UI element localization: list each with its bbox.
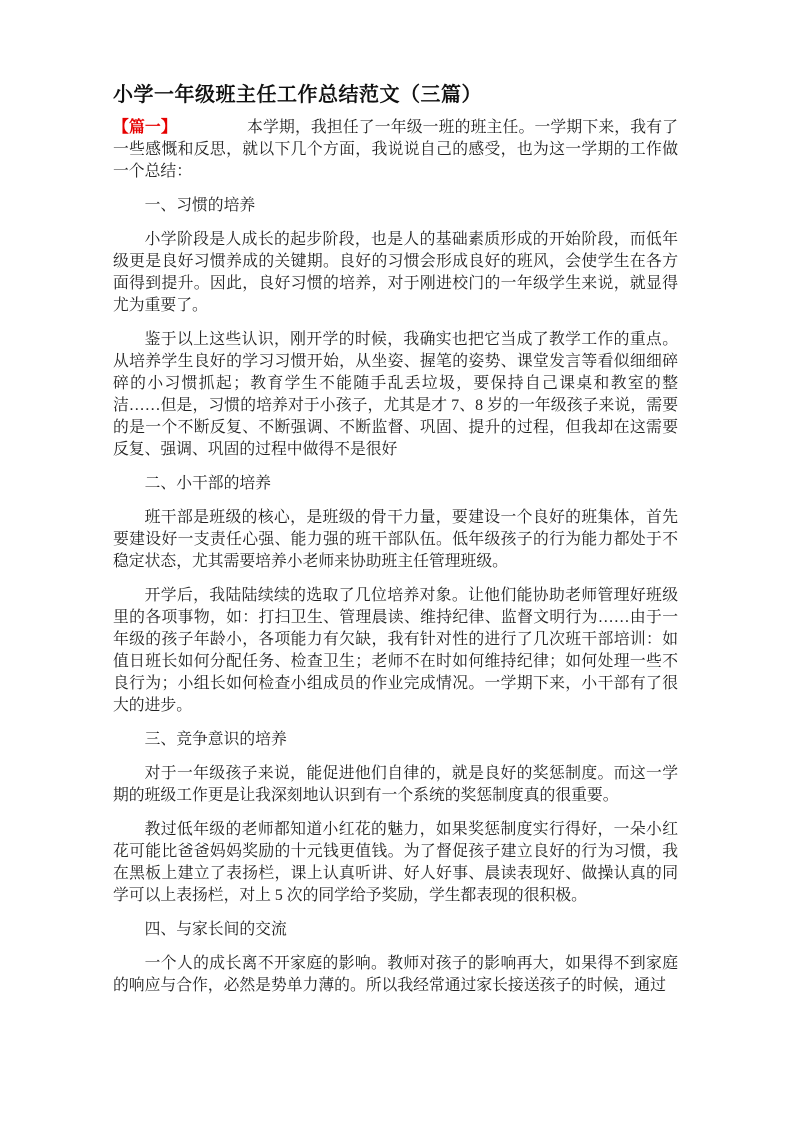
section-heading-parents: 四、与家长间的交流 xyxy=(113,919,678,941)
section-cadres-paragraph-1: 班干部是班级的核心，是班级的骨干力量，要建设一个良好的班集体，首先要建设好一支责… xyxy=(113,507,678,573)
intro-paragraph: 【篇一】本学期，我担任了一年级一班的班主任。一学期下来，我有了一些感慨和反思，就… xyxy=(113,117,678,183)
document-title: 小学一年级班主任工作总结范文（三篇） xyxy=(113,82,678,108)
section-heading-competition: 三、竞争意识的培养 xyxy=(113,729,678,751)
section-habits-paragraph-1: 小学阶段是人成长的起步阶段，也是人的基础素质形成的开始阶段，而低年级更是良好习惯… xyxy=(113,229,678,317)
section-heading-habits: 一、习惯的培养 xyxy=(113,195,678,217)
badge-gap-spacer xyxy=(177,131,247,132)
intro-text: 本学期，我担任了一年级一班的班主任。一学期下来，我有了一些感慨和反思，就以下几个… xyxy=(113,119,678,180)
section-habits-paragraph-2: 鉴于以上这些认识，刚开学的时候，我确实也把它当成了教学工作的重点。从培养学生良好… xyxy=(113,329,678,461)
document-page: 小学一年级班主任工作总结范文（三篇） 【篇一】本学期，我担任了一年级一班的班主任… xyxy=(0,0,793,1122)
section-heading-cadres: 二、小干部的培养 xyxy=(113,473,678,495)
section-competition-paragraph-2: 教过低年级的老师都知道小红花的魅力，如果奖惩制度实行得好，一朵小红花可能比爸爸妈… xyxy=(113,819,678,907)
essay-one-badge: 【篇一】 xyxy=(113,119,177,136)
section-cadres-paragraph-2: 开学后，我陆陆续续的选取了几位培养对象。让他们能协助老师管理好班级里的各项事物，… xyxy=(113,585,678,717)
section-competition-paragraph-1: 对于一年级孩子来说，能促进他们自律的，就是良好的奖惩制度。而这一学期的班级工作更… xyxy=(113,763,678,807)
section-parents-paragraph-1: 一个人的成长离不开家庭的影响。教师对孩子的影响再大，如果得不到家庭的响应与合作，… xyxy=(113,953,678,997)
